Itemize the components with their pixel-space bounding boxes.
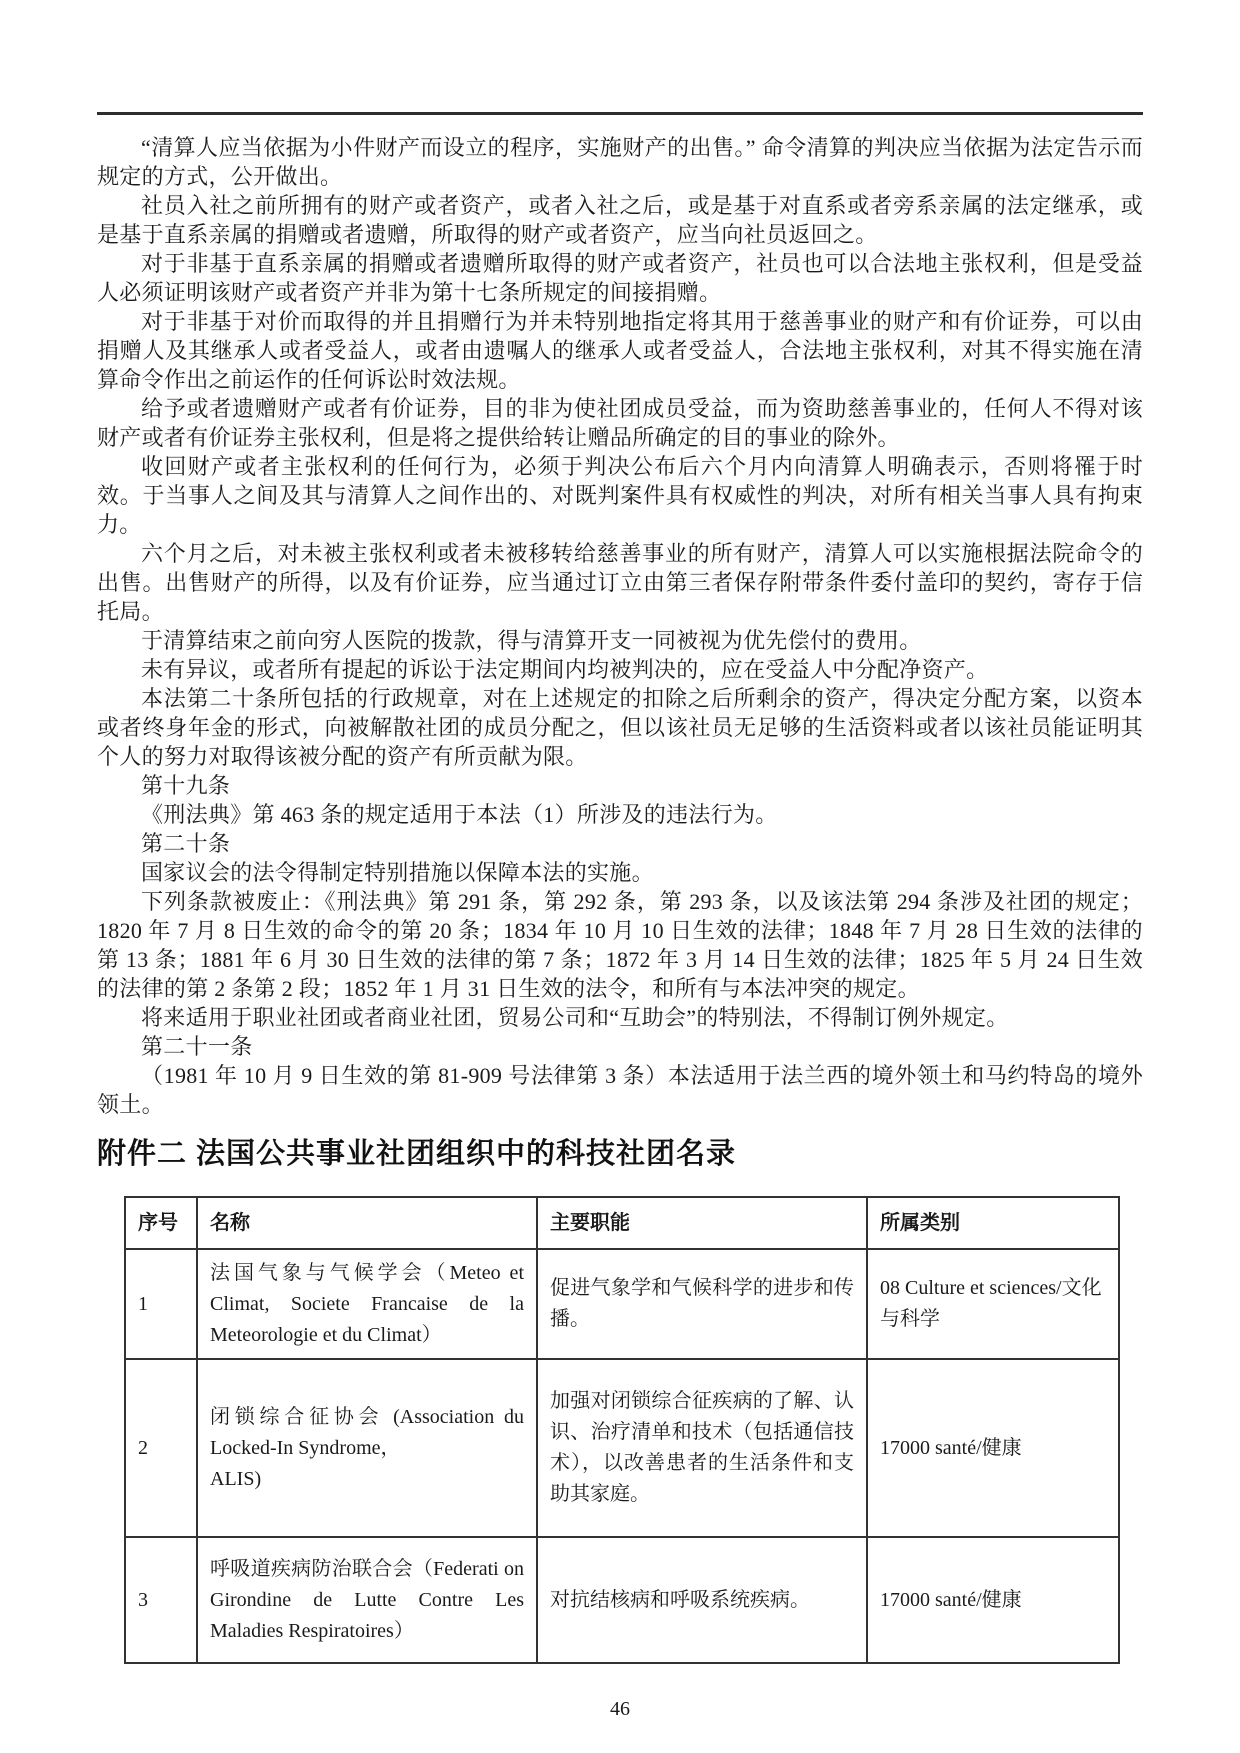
- article-heading-20: 第二十条: [97, 829, 1143, 858]
- body-paragraph: 收回财产或者主张权利的任何行为，必须于判决公布后六个月内向清算人明确表示，否则将…: [97, 452, 1143, 539]
- col-header-category: 所属类别: [867, 1197, 1119, 1249]
- document-page: “清算人应当依据为小件财产而设立的程序，实施财产的出售。” 命令清算的判决应当依…: [0, 0, 1240, 1753]
- col-header-name: 名称: [197, 1197, 537, 1249]
- body-paragraph: 社员入社之前所拥有的财产或者资产，或者入社之后，或是基于对直系或者旁系亲属的法定…: [97, 191, 1143, 249]
- table-row: 2 闭锁综合征协会 (Association du Locked-In Synd…: [125, 1359, 1119, 1537]
- appendix-heading: 附件二 法国公共事业社团组织中的科技社团名录: [97, 1131, 1143, 1172]
- body-paragraph: 下列条款被废止：《刑法典》第 291 条，第 292 条，第 293 条，以及该…: [97, 887, 1143, 1003]
- table-row: 1 法国气象与气候学会（Meteo et Climat, Societe Fra…: [125, 1249, 1119, 1359]
- cell-index: 1: [125, 1249, 197, 1359]
- body-paragraph: 对于非基于直系亲属的捐赠或者遗赠所取得的财产或者资产，社员也可以合法地主张权利，…: [97, 249, 1143, 307]
- body-paragraph: 于清算结束之前向穷人医院的拨款，得与清算开支一同被视为优先偿付的费用。: [97, 626, 1143, 655]
- legal-text-body: “清算人应当依据为小件财产而设立的程序，实施财产的出售。” 命令清算的判决应当依…: [97, 133, 1143, 1119]
- page-number: 46: [97, 1698, 1143, 1721]
- col-header-function: 主要职能: [537, 1197, 867, 1249]
- cell-function: 促进气象学和气候科学的进步和传播。: [537, 1249, 867, 1359]
- body-paragraph: 《刑法典》第 463 条的规定适用于本法（1）所涉及的违法行为。: [97, 800, 1143, 829]
- cell-function: 对抗结核病和呼吸系统疾病。: [537, 1537, 867, 1663]
- table-row: 3 呼吸道疾病防治联合会（Federati on Girondine de Lu…: [125, 1537, 1119, 1663]
- body-paragraph: 将来适用于职业社团或者商业社团，贸易公司和“互助会”的特别法，不得制订例外规定。: [97, 1003, 1143, 1032]
- cell-category: 17000 santé/健康: [867, 1537, 1119, 1663]
- associations-table: 序号 名称 主要职能 所属类别 1 法国气象与气候学会（Meteo et Cli…: [124, 1196, 1120, 1664]
- body-paragraph: 对于非基于对价而取得的并且捐赠行为并未特别地指定将其用于慈善事业的财产和有价证券…: [97, 307, 1143, 394]
- article-heading-19: 第十九条: [97, 771, 1143, 800]
- body-paragraph: 六个月之后，对未被主张权利或者未被移转给慈善事业的所有财产，清算人可以实施根据法…: [97, 539, 1143, 626]
- table-header-row: 序号 名称 主要职能 所属类别: [125, 1197, 1119, 1249]
- col-header-index: 序号: [125, 1197, 197, 1249]
- cell-name: 闭锁综合征协会 (Association du Locked-In Syndro…: [197, 1359, 537, 1537]
- cell-index: 2: [125, 1359, 197, 1537]
- body-paragraph: 未有异议，或者所有提起的诉讼于法定期间内均被判决的，应在受益人中分配净资产。: [97, 655, 1143, 684]
- cell-name: 呼吸道疾病防治联合会（Federati on Girondine de Lutt…: [197, 1537, 537, 1663]
- cell-category: 08 Culture et sciences/文化与科学: [867, 1249, 1119, 1359]
- article-heading-21: 第二十一条: [97, 1032, 1143, 1061]
- body-paragraph: （1981 年 10 月 9 日生效的第 81-909 号法律第 3 条）本法适…: [97, 1061, 1143, 1119]
- cell-category: 17000 santé/健康: [867, 1359, 1119, 1537]
- cell-name: 法国气象与气候学会（Meteo et Climat, Societe Franc…: [197, 1249, 537, 1359]
- header-rule: [97, 112, 1143, 115]
- body-paragraph: 给予或者遗赠财产或者有价证券，目的非为使社团成员受益，而为资助慈善事业的，任何人…: [97, 394, 1143, 452]
- cell-index: 3: [125, 1537, 197, 1663]
- cell-function: 加强对闭锁综合征疾病的了解、认识、治疗清单和技术（包括通信技术），以改善患者的生…: [537, 1359, 867, 1537]
- body-paragraph: 国家议会的法令得制定特别措施以保障本法的实施。: [97, 858, 1143, 887]
- body-paragraph: 本法第二十条所包括的行政规章，对在上述规定的扣除之后所剩余的资产，得决定分配方案…: [97, 684, 1143, 771]
- body-paragraph: “清算人应当依据为小件财产而设立的程序，实施财产的出售。” 命令清算的判决应当依…: [97, 133, 1143, 191]
